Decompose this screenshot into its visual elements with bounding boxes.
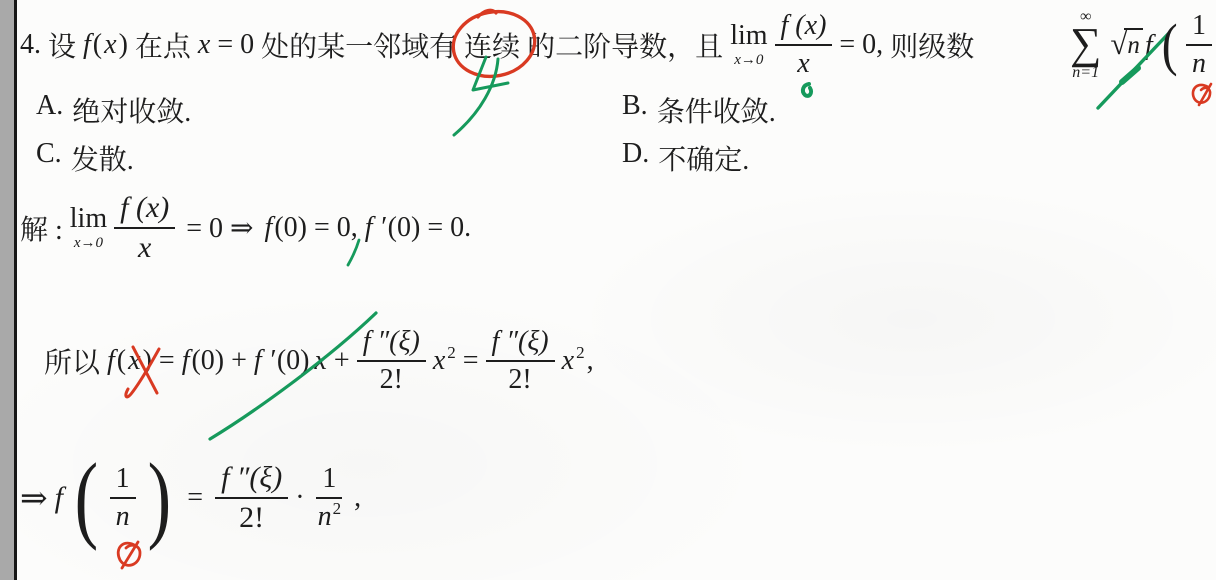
- limit-operator: lim x→0: [70, 205, 107, 251]
- f-prime-zero-equals-zero: f ′(0) = 0.: [365, 212, 471, 244]
- option-a-label: A.: [36, 90, 63, 130]
- open-paren: (: [1161, 16, 1177, 74]
- stem-text: 的二阶导数，且: [527, 25, 723, 65]
- implies-zero: = 0 ⇒: [186, 211, 253, 245]
- therefore-label: 所以: [44, 341, 100, 381]
- stem-text: 处的某一邻域有: [261, 25, 457, 65]
- option-d-text: 不确定.: [658, 138, 749, 178]
- f-zero-term: f(0): [182, 345, 224, 377]
- x-squared-comma: x2,: [562, 345, 594, 377]
- fx-over-x-fraction: f (x) x: [114, 192, 175, 265]
- fx-over-x-fraction: f (x) x: [775, 11, 833, 79]
- solution-step-1: 解 : lim x→0 f (x) x = 0 ⇒ f(0) = 0, f ′(…: [20, 176, 471, 280]
- red-squiggle-slash: [1199, 84, 1211, 105]
- one-over-n-fraction: 1 n: [1186, 11, 1212, 79]
- option-b-label: B.: [622, 90, 648, 130]
- second-derivative-fraction: f ″(ξ) 2!: [486, 327, 555, 395]
- exam-slide: 4. 设 f(x) 在点 x= 0 处的某一邻域有 连续 的二阶导数，且 lim…: [0, 0, 1216, 580]
- option-c-text: 发散.: [71, 138, 134, 178]
- sqrt-n-f-term: √n f: [1110, 28, 1152, 62]
- red-squiggle-annotation: [1188, 81, 1216, 109]
- solve-label: 解 :: [20, 208, 63, 248]
- x-equals-zero: x= 0: [198, 29, 254, 61]
- one-over-n-squared-fraction: 1 n2: [312, 464, 348, 532]
- circled-word-continuous: 连续: [464, 25, 520, 65]
- equals-sign: =: [159, 345, 175, 377]
- solution-step-3: ⇒ f ( 1 n ) = f ″(ξ) 2! · 1 n2 ,: [20, 440, 361, 556]
- problem-statement: 4. 设 f(x) 在点 x= 0 处的某一邻域有 连续 的二阶导数，且 lim…: [20, 2, 1212, 88]
- option-d: D. 不确定.: [622, 138, 749, 178]
- red-squiggle-loop: [1193, 85, 1210, 103]
- fx-expression: f(x ): [107, 345, 152, 377]
- second-derivative-fraction: f ″(ξ) 2!: [357, 327, 426, 395]
- red-scribble-annotation: [112, 538, 146, 576]
- option-b-text: 条件收敛.: [657, 90, 776, 130]
- struck-taylor-terms: f(0) + f ′(0)x: [182, 345, 327, 377]
- stem-text: 则级数: [890, 25, 974, 65]
- option-a-text: 绝对收敛.: [72, 90, 191, 130]
- plus-sign: +: [334, 345, 350, 377]
- solution-step-2: 所以 f(x ) = f(0) + f ′(0)x + f ″(ξ): [44, 304, 594, 418]
- problem-number: 4.: [20, 29, 41, 61]
- red-hook-stroke: [478, 10, 496, 17]
- sqrt-n: √n: [1110, 28, 1143, 60]
- left-border-line: [14, 0, 17, 580]
- f-zero-equals-zero: f(0) = 0,: [265, 212, 358, 244]
- option-b: B. 条件收敛.: [622, 90, 776, 130]
- summation-operator: ∞ ∑ n=1: [1070, 9, 1101, 80]
- second-derivative-fraction: f ″(ξ) 2!: [215, 462, 288, 535]
- one-over-n-fraction: 1 n: [110, 464, 136, 532]
- fx-expression: f(x): [83, 29, 128, 61]
- cdot-sign: ·: [295, 482, 304, 514]
- option-c: C. 发散.: [36, 138, 134, 178]
- green-dot-annotation: [797, 81, 817, 101]
- implies-arrow: ⇒: [20, 478, 48, 518]
- x-squared: x2: [433, 345, 456, 377]
- option-d-label: D.: [622, 138, 649, 178]
- big-close-paren: ): [147, 449, 171, 547]
- equals-zero: = 0,: [839, 29, 883, 61]
- plus-sign: +: [231, 345, 247, 377]
- equals-sign: =: [463, 345, 479, 377]
- comma: ,: [354, 482, 361, 514]
- green-strike-thick: [1122, 68, 1138, 82]
- green-dot-stroke: [802, 84, 810, 96]
- left-gray-rail: [0, 0, 14, 580]
- stem-text: 在点: [135, 25, 191, 65]
- f-prime-zero-x-term: f ′(0)x: [254, 345, 327, 377]
- red-scribble-loop: [118, 543, 140, 565]
- option-a: A. 绝对收敛.: [36, 90, 191, 130]
- crossed-out-x: x: [128, 345, 140, 377]
- limit-operator: lim x→0: [730, 22, 767, 68]
- big-open-paren: (: [75, 449, 99, 547]
- equals-sign: =: [187, 482, 203, 514]
- stem-text: 设: [48, 25, 76, 65]
- f-symbol: f: [55, 481, 63, 515]
- green-tail-stroke: [454, 59, 498, 135]
- option-c-label: C.: [36, 138, 62, 178]
- red-scribble-slash: [122, 542, 138, 568]
